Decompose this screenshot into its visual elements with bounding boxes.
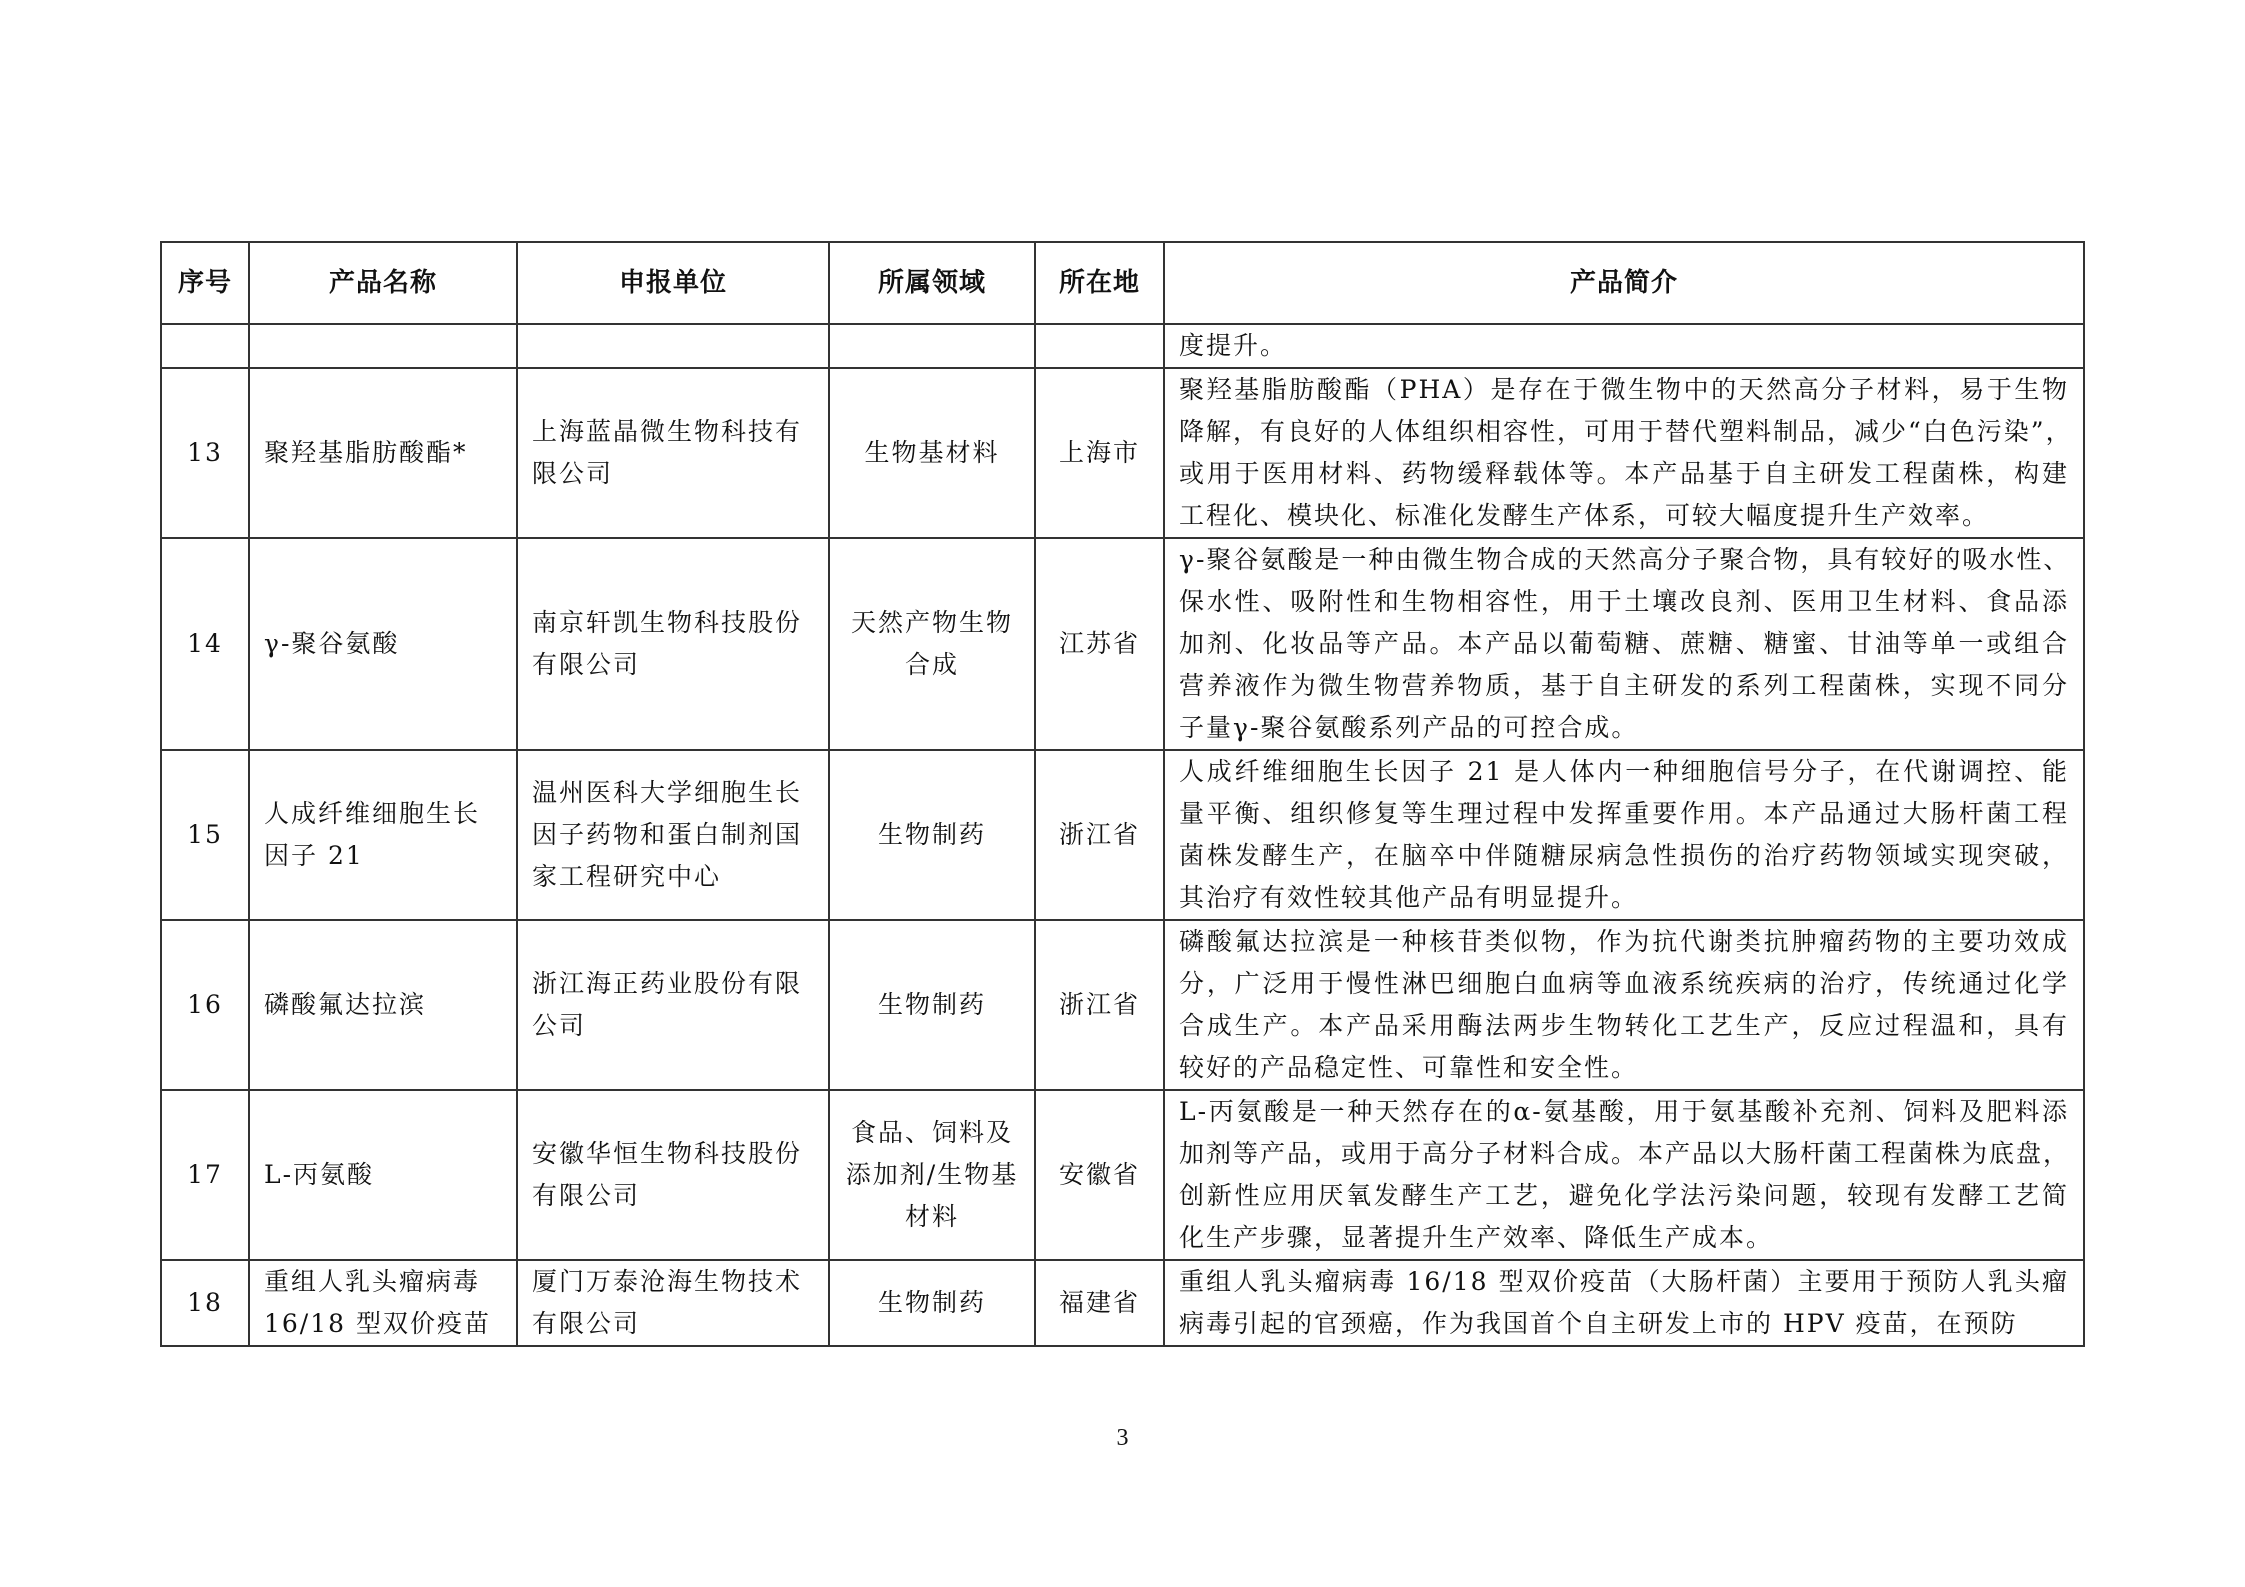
cell-description: γ-聚谷氨酸是一种由微生物合成的天然高分子聚合物，具有较好的吸水性、 保水性、吸… xyxy=(1164,538,2084,750)
description-line: 化生产步骤，显著提升生产效率、降低生产成本。 xyxy=(1179,1217,2069,1259)
cell-field: 生物制药 xyxy=(829,1260,1035,1346)
cell-index: 13 xyxy=(161,368,249,538)
product-name-line: γ-聚谷氨酸 xyxy=(264,623,508,665)
table-row-continuation: 度提升。 xyxy=(161,324,2084,368)
organization-line: 浙江海正药业股份有限 xyxy=(532,963,820,1005)
cell-product-name: γ-聚谷氨酸 xyxy=(249,538,517,750)
organization-line: 厦门万泰沧海生物技术 xyxy=(532,1261,820,1303)
cell-product-name: L-丙氨酸 xyxy=(249,1090,517,1260)
cell-organization: 浙江海正药业股份有限 公司 xyxy=(517,920,829,1090)
organization-line: 有限公司 xyxy=(532,1303,820,1345)
description-line: 合成生产。本产品采用酶法两步生物转化工艺生产，反应过程温和，具有 xyxy=(1179,1005,2069,1047)
product-name-line: 聚羟基脂肪酸酯* xyxy=(264,432,508,474)
description-line: 或用于医用材料、药物缓释载体等。本产品基于自主研发工程菌株，构建 xyxy=(1179,453,2069,495)
header-field: 所属领域 xyxy=(829,242,1035,324)
cell-product-name xyxy=(249,324,517,368)
cell-location: 浙江省 xyxy=(1035,920,1164,1090)
table-row: 16 磷酸氟达拉滨 浙江海正药业股份有限 公司 生物制药 浙江省 磷酸氟达拉滨是… xyxy=(161,920,2084,1090)
cell-index: 15 xyxy=(161,750,249,920)
table-row: 18 重组人乳头瘤病毒 16/18 型双价疫苗 厦门万泰沧海生物技术 有限公司 … xyxy=(161,1260,2084,1346)
field-line: 天然产物生物 xyxy=(838,602,1026,644)
field-line: 生物制药 xyxy=(838,1282,1026,1324)
organization-line: 公司 xyxy=(532,1005,820,1047)
cell-organization: 厦门万泰沧海生物技术 有限公司 xyxy=(517,1260,829,1346)
description-line: 较好的产品稳定性、可靠性和安全性。 xyxy=(1179,1047,2069,1089)
product-table: 序号 产品名称 申报单位 所属领域 所在地 产品简介 度提升。 13 聚羟基脂肪… xyxy=(160,241,2085,1347)
description-line: 菌株发酵生产，在脑卒中伴随糖尿病急性损伤的治疗药物领域实现突破， xyxy=(1179,835,2069,877)
table-header-row: 序号 产品名称 申报单位 所属领域 所在地 产品简介 xyxy=(161,242,2084,324)
cell-index: 17 xyxy=(161,1090,249,1260)
product-name-line: L-丙氨酸 xyxy=(264,1154,508,1196)
cell-organization: 上海蓝晶微生物科技有 限公司 xyxy=(517,368,829,538)
field-line: 添加剂/生物基 xyxy=(838,1154,1026,1196)
description-line: 降解，有良好的人体组织相容性，可用于替代塑料制品，减少“白色污染”， xyxy=(1179,411,2069,453)
cell-product-name: 磷酸氟达拉滨 xyxy=(249,920,517,1090)
cell-field: 天然产物生物 合成 xyxy=(829,538,1035,750)
cell-description: 磷酸氟达拉滨是一种核苷类似物，作为抗代谢类抗肿瘤药物的主要功效成 分，广泛用于慢… xyxy=(1164,920,2084,1090)
description-line: 重组人乳头瘤病毒 16/18 型双价疫苗（大肠杆菌）主要用于预防人乳头瘤 xyxy=(1179,1261,2069,1303)
description-line: 分，广泛用于慢性淋巴细胞白血病等血液系统疾病的治疗，传统通过化学 xyxy=(1179,963,2069,1005)
cell-index: 14 xyxy=(161,538,249,750)
table-row: 14 γ-聚谷氨酸 南京轩凯生物科技股份 有限公司 天然产物生物 合成 江苏省 … xyxy=(161,538,2084,750)
description-line: 病毒引起的官颈癌，作为我国首个自主研发上市的 HPV 疫苗，在预防 xyxy=(1179,1303,2069,1345)
cell-field: 食品、饲料及 添加剂/生物基 材料 xyxy=(829,1090,1035,1260)
cell-description: L-丙氨酸是一种天然存在的α-氨基酸，用于氨基酸补充剂、饲料及肥料添 加剂等产品… xyxy=(1164,1090,2084,1260)
table-row: 13 聚羟基脂肪酸酯* 上海蓝晶微生物科技有 限公司 生物基材料 上海市 聚羟基… xyxy=(161,368,2084,538)
organization-line: 限公司 xyxy=(532,453,820,495)
header-index: 序号 xyxy=(161,242,249,324)
cell-product-name: 人成纤维细胞生长 因子 21 xyxy=(249,750,517,920)
organization-line: 有限公司 xyxy=(532,1175,820,1217)
product-name-line: 人成纤维细胞生长 xyxy=(264,793,508,835)
cell-field: 生物制药 xyxy=(829,920,1035,1090)
organization-line: 有限公司 xyxy=(532,644,820,686)
cell-organization xyxy=(517,324,829,368)
field-line: 食品、饲料及 xyxy=(838,1112,1026,1154)
organization-line: 上海蓝晶微生物科技有 xyxy=(532,411,820,453)
field-line: 材料 xyxy=(838,1196,1026,1238)
cell-description: 重组人乳头瘤病毒 16/18 型双价疫苗（大肠杆菌）主要用于预防人乳头瘤 病毒引… xyxy=(1164,1260,2084,1346)
description-line: 量平衡、组织修复等生理过程中发挥重要作用。本产品通过大肠杆菌工程 xyxy=(1179,793,2069,835)
table-row: 15 人成纤维细胞生长 因子 21 温州医科大学细胞生长 因子药物和蛋白制剂国 … xyxy=(161,750,2084,920)
field-line: 生物制药 xyxy=(838,814,1026,856)
cell-description: 人成纤维细胞生长因子 21 是人体内一种细胞信号分子，在代谢调控、能 量平衡、组… xyxy=(1164,750,2084,920)
header-product-name: 产品名称 xyxy=(249,242,517,324)
cell-description: 度提升。 xyxy=(1164,324,2084,368)
cell-field: 生物制药 xyxy=(829,750,1035,920)
description-line: 加剂等产品，或用于高分子材料合成。本产品以大肠杆菌工程菌株为底盘， xyxy=(1179,1133,2069,1175)
product-name-line: 因子 21 xyxy=(264,835,508,877)
cell-field: 生物基材料 xyxy=(829,368,1035,538)
description-line: 保水性、吸附性和生物相容性，用于土壤改良剂、医用卫生材料、食品添 xyxy=(1179,581,2069,623)
cell-location: 浙江省 xyxy=(1035,750,1164,920)
description-line: 创新性应用厌氧发酵生产工艺，避免化学法污染问题，较现有发酵工艺简 xyxy=(1179,1175,2069,1217)
cell-location: 江苏省 xyxy=(1035,538,1164,750)
field-line: 合成 xyxy=(838,644,1026,686)
description-line: 子量γ-聚谷氨酸系列产品的可控合成。 xyxy=(1179,707,2069,749)
description-line: 磷酸氟达拉滨是一种核苷类似物，作为抗代谢类抗肿瘤药物的主要功效成 xyxy=(1179,921,2069,963)
description-line: 人成纤维细胞生长因子 21 是人体内一种细胞信号分子，在代谢调控、能 xyxy=(1179,751,2069,793)
cell-location: 福建省 xyxy=(1035,1260,1164,1346)
header-location: 所在地 xyxy=(1035,242,1164,324)
cell-product-name: 聚羟基脂肪酸酯* xyxy=(249,368,517,538)
description-line: 聚羟基脂肪酸酯（PHA）是存在于微生物中的天然高分子材料，易于生物 xyxy=(1179,369,2069,411)
cell-organization: 安徽华恒生物科技股份 有限公司 xyxy=(517,1090,829,1260)
description-line: 度提升。 xyxy=(1179,325,2069,367)
cell-location: 上海市 xyxy=(1035,368,1164,538)
organization-line: 因子药物和蛋白制剂国 xyxy=(532,814,820,856)
product-name-line: 16/18 型双价疫苗 xyxy=(264,1303,508,1345)
product-name-line: 磷酸氟达拉滨 xyxy=(264,984,508,1026)
organization-line: 南京轩凯生物科技股份 xyxy=(532,602,820,644)
cell-organization: 温州医科大学细胞生长 因子药物和蛋白制剂国 家工程研究中心 xyxy=(517,750,829,920)
cell-location xyxy=(1035,324,1164,368)
table-row: 17 L-丙氨酸 安徽华恒生物科技股份 有限公司 食品、饲料及 添加剂/生物基 … xyxy=(161,1090,2084,1260)
description-line: 工程化、模块化、标准化发酵生产体系，可较大幅度提升生产效率。 xyxy=(1179,495,2069,537)
product-name-line: 重组人乳头瘤病毒 xyxy=(264,1261,508,1303)
organization-line: 家工程研究中心 xyxy=(532,856,820,898)
description-line: 其治疗有效性较其他产品有明显提升。 xyxy=(1179,877,2069,919)
cell-index xyxy=(161,324,249,368)
cell-product-name: 重组人乳头瘤病毒 16/18 型双价疫苗 xyxy=(249,1260,517,1346)
description-line: 加剂、化妆品等产品。本产品以葡萄糖、蔗糖、糖蜜、甘油等单一或组合 xyxy=(1179,623,2069,665)
cell-location: 安徽省 xyxy=(1035,1090,1164,1260)
field-line: 生物制药 xyxy=(838,984,1026,1026)
cell-field xyxy=(829,324,1035,368)
organization-line: 温州医科大学细胞生长 xyxy=(532,772,820,814)
header-organization: 申报单位 xyxy=(517,242,829,324)
description-line: 营养液作为微生物营养物质，基于自主研发的系列工程菌株，实现不同分 xyxy=(1179,665,2069,707)
header-description: 产品简介 xyxy=(1164,242,2084,324)
field-line: 生物基材料 xyxy=(838,432,1026,474)
description-line: γ-聚谷氨酸是一种由微生物合成的天然高分子聚合物，具有较好的吸水性、 xyxy=(1179,539,2069,581)
description-line: L-丙氨酸是一种天然存在的α-氨基酸，用于氨基酸补充剂、饲料及肥料添 xyxy=(1179,1091,2069,1133)
cell-index: 18 xyxy=(161,1260,249,1346)
organization-line: 安徽华恒生物科技股份 xyxy=(532,1133,820,1175)
cell-index: 16 xyxy=(161,920,249,1090)
page-number: 3 xyxy=(0,1425,2245,1452)
cell-organization: 南京轩凯生物科技股份 有限公司 xyxy=(517,538,829,750)
cell-description: 聚羟基脂肪酸酯（PHA）是存在于微生物中的天然高分子材料，易于生物 降解，有良好… xyxy=(1164,368,2084,538)
